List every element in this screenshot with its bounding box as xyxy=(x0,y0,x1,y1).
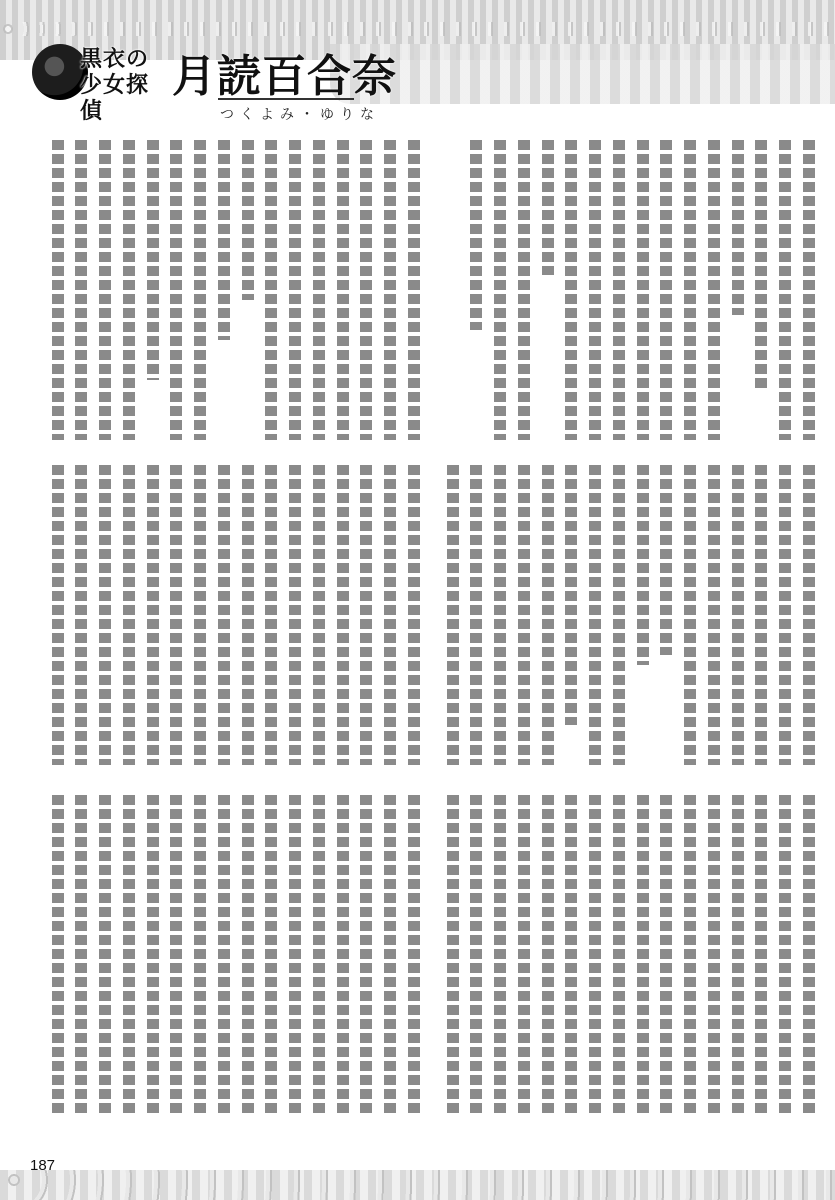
lace-header-scallop xyxy=(330,44,835,104)
title-divider xyxy=(218,98,354,100)
lace-footer-border xyxy=(0,1170,835,1200)
bottom-tier-left-block xyxy=(20,795,420,1135)
title-reading: つくよみ・ゆりな xyxy=(220,104,380,124)
body-content-note: Body text omitted: the page contains sex… xyxy=(0,0,1,1)
bottom-tier-right-block xyxy=(440,795,815,1135)
lower-tier-left-block xyxy=(20,465,420,785)
title-block: 黒衣の少女探偵 月読百合奈 つくよみ・ゆりな xyxy=(22,38,342,130)
upper-tier-left-block xyxy=(20,140,420,455)
upper-tier-right-block xyxy=(440,140,815,455)
series-title: 黒衣の少女探偵 xyxy=(80,46,170,124)
lower-tier-right-block xyxy=(440,465,815,785)
main-title: 月読百合奈 xyxy=(172,40,397,104)
